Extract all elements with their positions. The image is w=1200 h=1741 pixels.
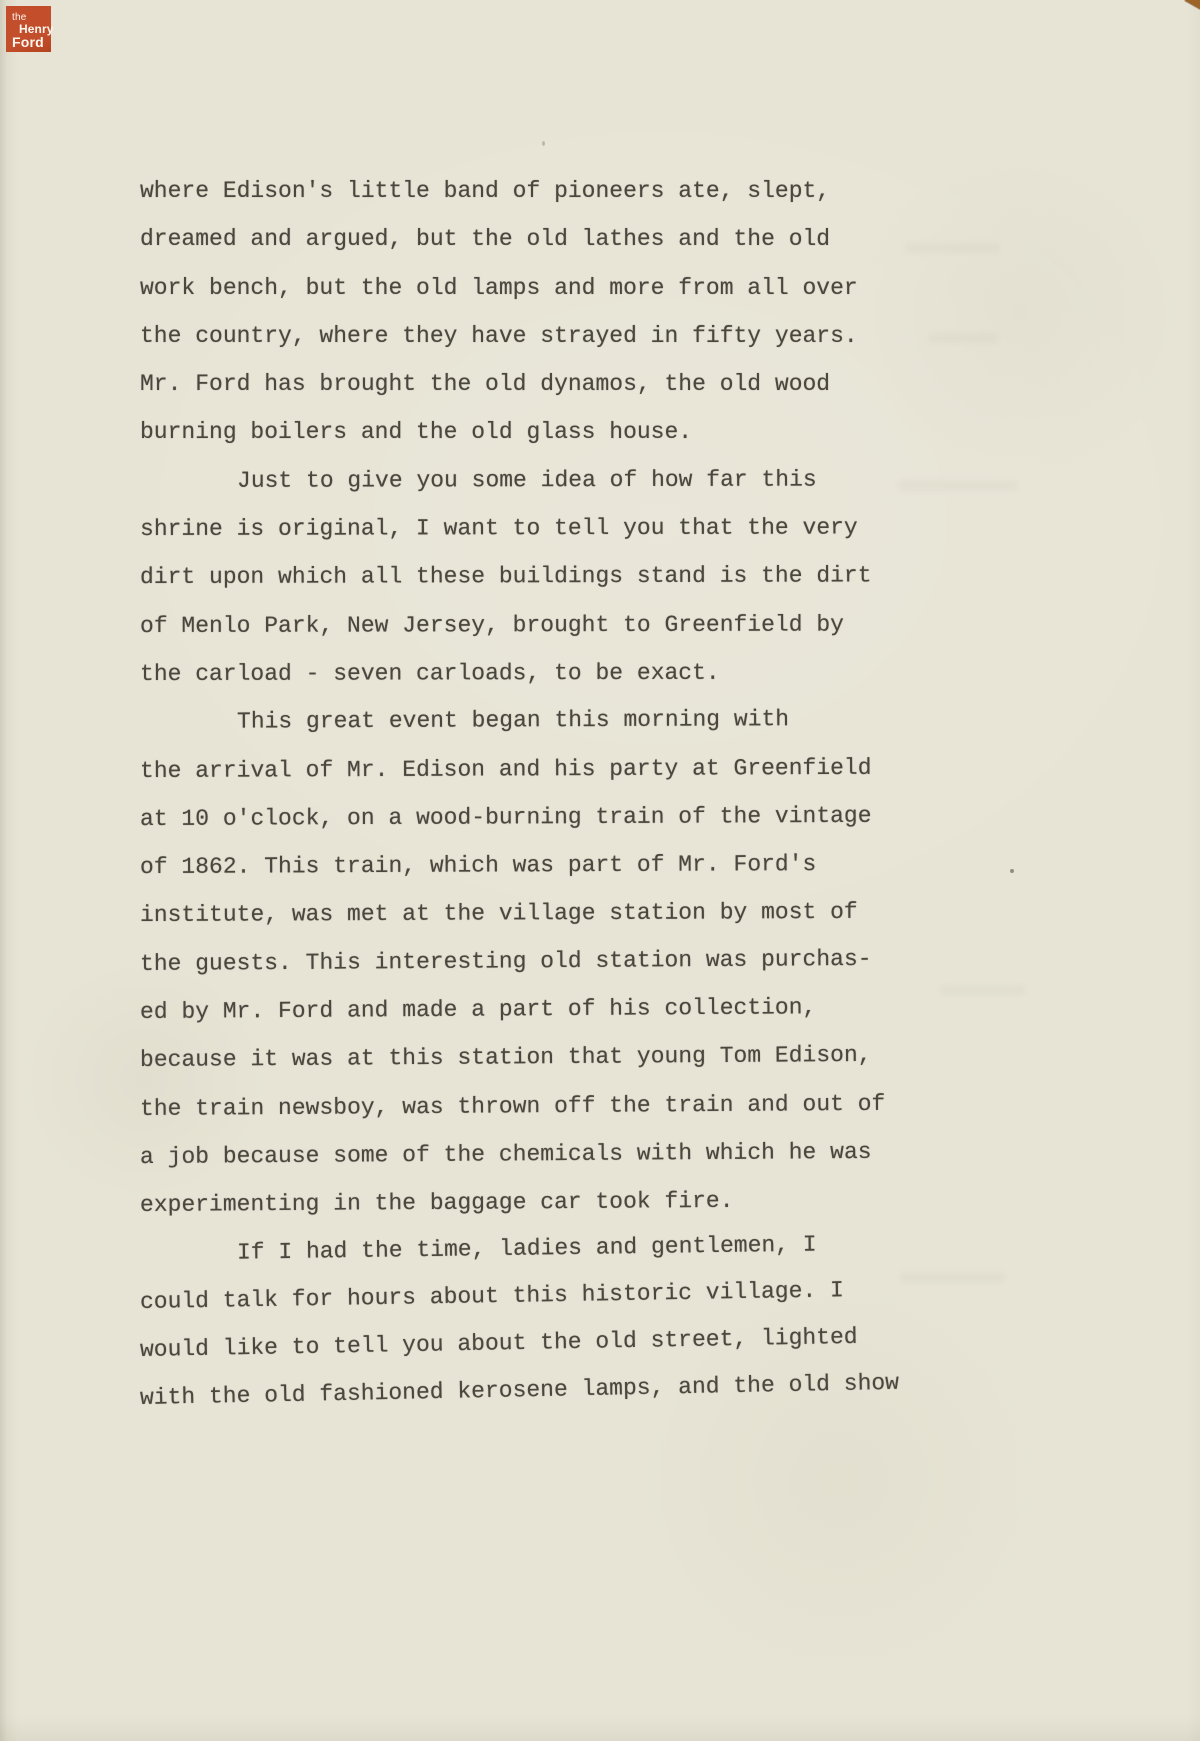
text-line: the arrival of Mr. Edison and his party … [140,743,960,795]
page-corner-tear [1184,0,1200,9]
ink-bleed-through [928,333,998,343]
text-line: because it was at this station that youn… [140,1031,960,1085]
text-line: of 1862. This train, which was part of M… [140,840,960,892]
henry-ford-logo: the Henry Ford [6,6,51,52]
document-page: the Henry Ford where Edison's little ban… [0,0,1200,1741]
ink-bleed-through [898,480,1018,491]
text-line: This great event began this morning with [140,695,960,747]
text-line: burning boilers and the old glass house. [140,408,960,456]
logo-text-ford: Ford [12,35,44,49]
text-line: institute, was met at the village statio… [140,888,960,940]
ink-bleed-through [900,1272,1005,1283]
text-line: the country, where they have strayed in … [140,312,960,360]
text-line: dreamed and argued, but the old lathes a… [140,215,960,263]
text-line: the guests. This interesting old station… [140,934,960,988]
stray-ink-mark [1010,869,1014,873]
text-line: Mr. Ford has brought the old dynamos, th… [140,360,960,408]
text-line: Just to give you some idea of how far th… [140,455,960,505]
text-line: work bench, but the old lamps and more f… [140,264,960,312]
ink-bleed-through [905,243,1000,253]
ink-bleed-through [940,985,1025,995]
text-line: ed by Mr. Ford and made a part of his co… [140,982,960,1036]
text-line: where Edison's little band of pioneers a… [140,167,960,215]
text-line: of Menlo Park, New Jersey, brought to Gr… [140,600,960,650]
paper-speck [542,141,545,146]
text-line: the train newsboy, was thrown off the tr… [140,1079,960,1133]
text-line: a job because some of the chemicals with… [140,1127,960,1181]
text-line: shrine is original, I want to tell you t… [140,503,960,553]
text-line: at 10 o'clock, on a wood-burning train o… [140,791,960,843]
text-line: the carload - seven carloads, to be exac… [140,648,960,698]
typewritten-text: where Edison's little band of pioneers a… [140,167,960,1423]
text-line: dirt upon which all these buildings stan… [140,552,960,602]
